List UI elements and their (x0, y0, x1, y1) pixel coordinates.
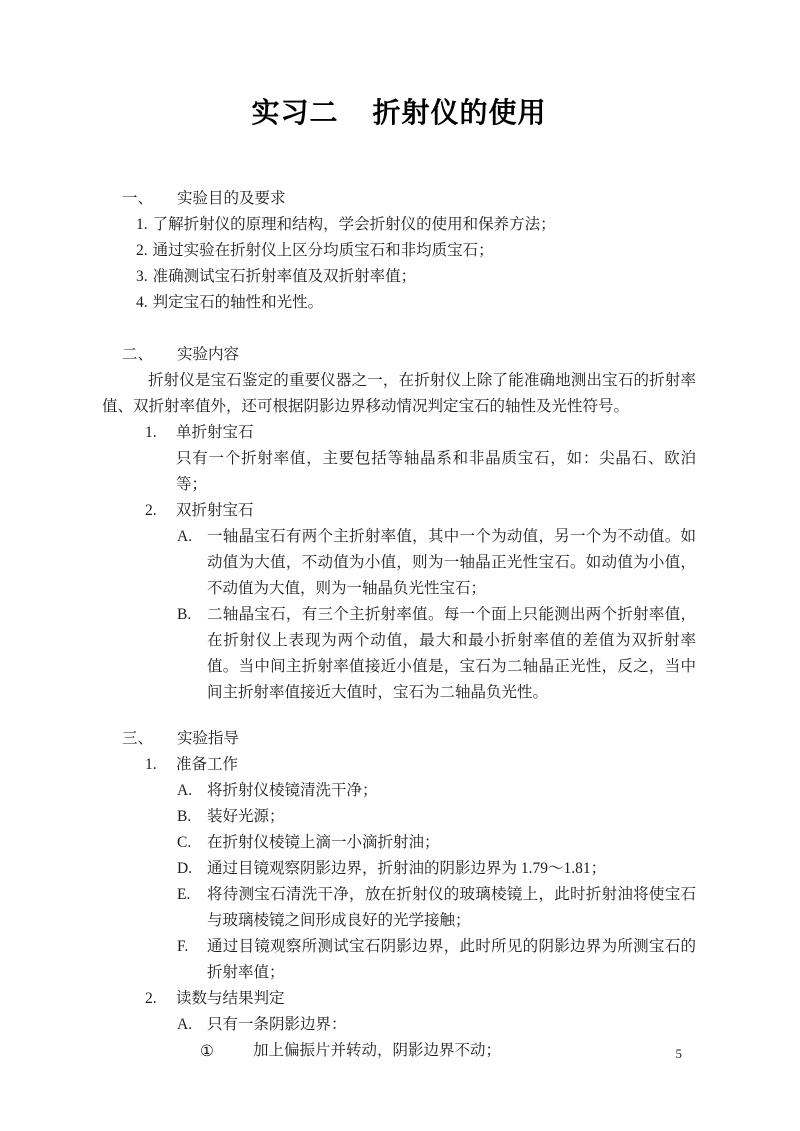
section-3-heading: 三、 实验指导 (102, 726, 696, 752)
item-marker: F. (177, 934, 188, 960)
item-marker: 2. (136, 242, 148, 259)
item-text: 准备工作 (176, 756, 238, 773)
item-text: 通过实验在折射仪上区分均质宝石和非均质宝石； (153, 242, 494, 259)
section-2-heading: 二、 实验内容 (102, 342, 696, 368)
page-number: 5 (676, 1046, 683, 1062)
section-objectives: 一、 实验目的及要求 1.了解折射仪的原理和结构，学会折射仪的使用和保养方法； … (102, 186, 696, 316)
objective-item: 3.准确测试宝石折射率值及双折射率值； (102, 264, 696, 290)
item-marker: 1. (145, 420, 157, 446)
item-marker: B. (177, 804, 191, 830)
prep-step: A.将折射仪棱镜清洗干净； (102, 778, 696, 804)
prep-step: B.装好光源； (102, 804, 696, 830)
item-text: 只有一条阴影边界： (207, 1016, 347, 1033)
item-text: 读数与结果判定 (176, 990, 285, 1007)
item-marker: B. (177, 602, 191, 628)
section-3-marker: 三、 (122, 726, 153, 752)
sub-item-one-shadow-boundary: A.只有一条阴影边界： (102, 1012, 696, 1038)
item-text: 加上偏振片并转动，阴影边界不动； (253, 1042, 501, 1059)
list-item-double-refraction: 2.双折射宝石 (102, 498, 696, 524)
section-2-title: 实验内容 (177, 346, 239, 363)
item-marker: 3. (136, 268, 148, 285)
item-text: 在折射仪棱镜上滴一小滴折射油； (207, 834, 440, 851)
item-marker: C. (177, 830, 191, 856)
item-text: 通过目镜观察所测试宝石阴影边界，此时所见的阴影边界为所测宝石的折射率值； (207, 938, 696, 981)
item-marker: E. (177, 882, 190, 908)
item-marker: D. (177, 856, 192, 882)
circled-number-marker: ① (200, 1038, 214, 1064)
item-text: 了解折射仪的原理和结构，学会折射仪的使用和保养方法； (153, 216, 556, 233)
item-text: 二轴晶宝石，有三个主折射率值。每一个面上只能测出两个折射率值，在折射仪上表现为两… (207, 606, 696, 701)
section-1-marker: 一、 (122, 186, 153, 212)
objective-item: 4.判定宝石的轴性和光性。 (102, 290, 696, 316)
document-page: 实习二折射仪的使用 一、 实验目的及要求 1.了解折射仪的原理和结构，学会折射仪… (0, 0, 800, 1131)
section-2-marker: 二、 (122, 342, 153, 368)
item-text: 单折射宝石 (176, 424, 254, 441)
item-marker: A. (177, 1012, 192, 1038)
item-marker: 4. (136, 294, 148, 311)
section-1-title: 实验目的及要求 (177, 190, 286, 207)
item-text: 准确测试宝石折射率值及双折射率值； (153, 268, 417, 285)
section-guidance: 三、 实验指导 1.准备工作 A.将折射仪棱镜清洗干净； B.装好光源； C.在… (102, 726, 696, 1064)
section-1-heading: 一、 实验目的及要求 (102, 186, 696, 212)
item-marker: 1. (136, 216, 148, 233)
item-text: 一轴晶宝石有两个主折射率值，其中一个为动值，另一个为不动值。如动值为大值，不动值… (207, 528, 696, 597)
section-content: 二、 实验内容 折射仪是宝石鉴定的重要仪器之一，在折射仪上除了能准确地测出宝石的… (102, 342, 696, 706)
item-marker: 2. (145, 986, 157, 1012)
list-item-single-refraction: 1.单折射宝石 (102, 420, 696, 446)
list-item-preparation: 1.准备工作 (102, 752, 696, 778)
list-item-detail: 只有一个折射率值，主要包括等轴晶系和非晶质宝石，如：尖晶石、欧泊等； (102, 446, 696, 498)
item-marker: A. (177, 778, 192, 804)
title-part-2: 折射仪的使用 (373, 97, 547, 128)
body-paragraph: 折射仪是宝石鉴定的重要仪器之一，在折射仪上除了能准确地测出宝石的折射率值、双折射… (102, 368, 696, 420)
objective-item: 2.通过实验在折射仪上区分均质宝石和非均质宝石； (102, 238, 696, 264)
item-marker: A. (177, 524, 192, 550)
prep-step: E.将待测宝石清洗干净，放在折射仪的玻璃棱镜上，此时折射油将使宝石与玻璃棱镜之间… (102, 882, 696, 934)
title-part-1: 实习二 (251, 97, 338, 128)
circled-step: ①加上偏振片并转动，阴影边界不动； (102, 1038, 696, 1064)
sub-item-uniaxial: A.一轴晶宝石有两个主折射率值，其中一个为动值，另一个为不动值。如动值为大值，不… (102, 524, 696, 602)
document-title: 实习二折射仪的使用 (102, 96, 696, 130)
item-text: 装好光源； (207, 808, 285, 825)
item-text: 将折射仪棱镜清洗干净； (207, 782, 378, 799)
item-text: 双折射宝石 (176, 502, 254, 519)
prep-step: D.通过目镜观察阴影边界，折射油的阴影边界为 1.79～1.81； (102, 856, 696, 882)
prep-step: C.在折射仪棱镜上滴一小滴折射油； (102, 830, 696, 856)
sub-item-biaxial: B.二轴晶宝石，有三个主折射率值。每一个面上只能测出两个折射率值，在折射仪上表现… (102, 602, 696, 706)
item-text: 将待测宝石清洗干净，放在折射仪的玻璃棱镜上，此时折射油将使宝石与玻璃棱镜之间形成… (207, 886, 696, 929)
list-item-reading-judgement: 2.读数与结果判定 (102, 986, 696, 1012)
item-text: 通过目镜观察阴影边界，折射油的阴影边界为 1.79～1.81； (207, 860, 606, 877)
objective-item: 1.了解折射仪的原理和结构，学会折射仪的使用和保养方法； (102, 212, 696, 238)
section-3-title: 实验指导 (177, 730, 239, 747)
item-text: 判定宝石的轴性和光性。 (153, 294, 324, 311)
item-marker: 2. (145, 498, 157, 524)
prep-step: F.通过目镜观察所测试宝石阴影边界，此时所见的阴影边界为所测宝石的折射率值； (102, 934, 696, 986)
item-marker: 1. (145, 752, 157, 778)
